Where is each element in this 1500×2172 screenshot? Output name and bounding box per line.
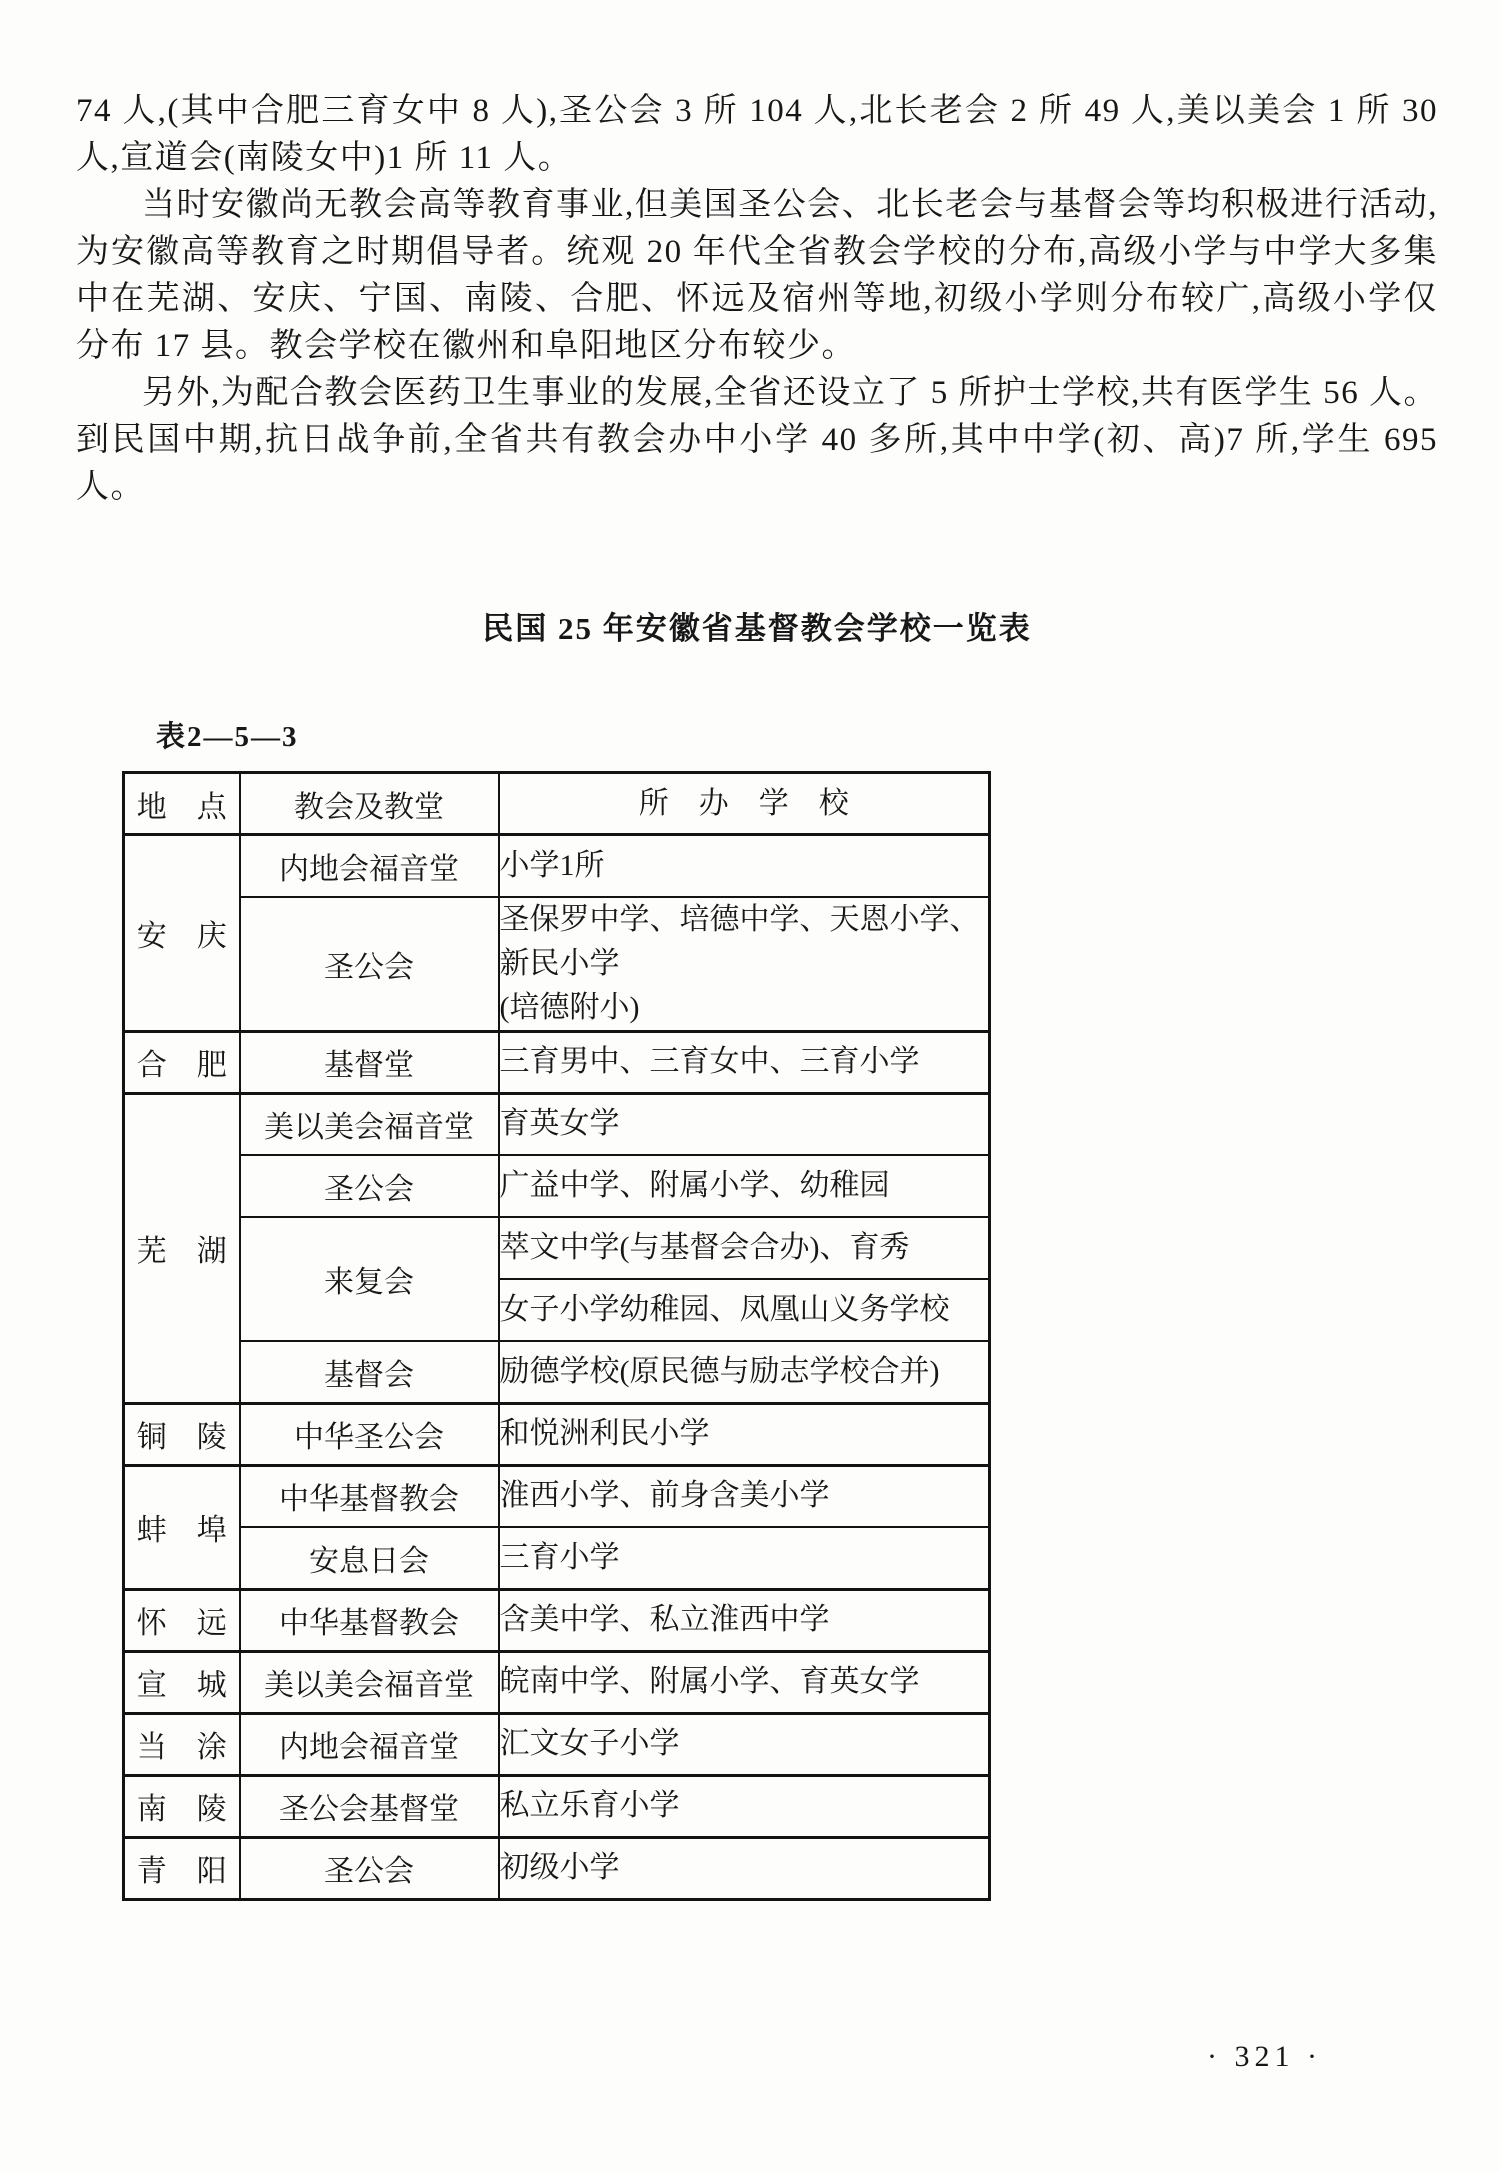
body-paragraph: 当时安徽尚无教会高等教育事业,但美国圣公会、北长老会与基督会等均积极进行活动,为… — [76, 182, 1438, 370]
school-line: (培德附小) — [500, 986, 989, 1030]
cell-church: 中华基督教会 — [240, 1589, 499, 1651]
header-church: 教会及教堂 — [240, 773, 499, 835]
document-page: 74 人,(其中合肥三育女中 8 人),圣公会 3 所 104 人,北长老会 2… — [0, 0, 1500, 2172]
cell-school: 励德学校(原民德与励志学校合并) — [499, 1341, 990, 1403]
table-row: 圣公会 圣保罗中学、培德中学、天恩小学、新民小学 (培德附小) — [124, 897, 990, 1032]
body-paragraph: 另外,为配合教会医药卫生事业的发展,全省还设立了 5 所护士学校,共有医学生 5… — [76, 370, 1438, 511]
table-row: 当 涂 内地会福音堂 汇文女子小学 — [124, 1713, 990, 1775]
table-row: 基督会 励德学校(原民德与励志学校合并) — [124, 1341, 990, 1403]
cell-school: 淮西小学、前身含美小学 — [499, 1465, 990, 1527]
cell-school: 汇文女子小学 — [499, 1713, 990, 1775]
table-row: 安 庆 内地会福音堂 小学1所 — [124, 835, 990, 897]
table-row: 芜 湖 美以美会福音堂 育英女学 — [124, 1093, 990, 1155]
table-row: 安息日会 三育小学 — [124, 1527, 990, 1589]
cell-church: 圣公会基督堂 — [240, 1775, 499, 1837]
cell-church: 安息日会 — [240, 1527, 499, 1589]
cell-church: 圣公会 — [240, 897, 499, 1032]
cell-school: 私立乐育小学 — [499, 1775, 990, 1837]
cell-church: 美以美会福音堂 — [240, 1093, 499, 1155]
table-row: 怀 远 中华基督教会 含美中学、私立淮西中学 — [124, 1589, 990, 1651]
body-paragraph: 74 人,(其中合肥三育女中 8 人),圣公会 3 所 104 人,北长老会 2… — [76, 88, 1438, 182]
table-row: 圣公会 广益中学、附属小学、幼稚园 — [124, 1155, 990, 1217]
cell-location: 南 陵 — [124, 1775, 240, 1837]
cell-location: 当 涂 — [124, 1713, 240, 1775]
cell-church: 内地会福音堂 — [240, 835, 499, 897]
cell-location: 青 阳 — [124, 1837, 240, 1899]
cell-school: 三育男中、三育女中、三育小学 — [499, 1031, 990, 1093]
cell-school: 皖南中学、附属小学、育英女学 — [499, 1651, 990, 1713]
table-row: 铜 陵 中华圣公会 和悦洲利民小学 — [124, 1403, 990, 1465]
cell-location: 合 肥 — [124, 1031, 240, 1093]
table-row: 合 肥 基督堂 三育男中、三育女中、三育小学 — [124, 1031, 990, 1093]
cell-location: 芜 湖 — [124, 1093, 240, 1403]
cell-church: 圣公会 — [240, 1837, 499, 1899]
cell-location: 蚌 埠 — [124, 1465, 240, 1589]
school-line: 圣保罗中学、培德中学、天恩小学、新民小学 — [500, 898, 989, 986]
cell-church: 中华圣公会 — [240, 1403, 499, 1465]
table-row: 南 陵 圣公会基督堂 私立乐育小学 — [124, 1775, 990, 1837]
table-row: 宣 城 美以美会福音堂 皖南中学、附属小学、育英女学 — [124, 1651, 990, 1713]
table-row: 青 阳 圣公会 初级小学 — [124, 1837, 990, 1899]
cell-school: 和悦洲利民小学 — [499, 1403, 990, 1465]
cell-church: 内地会福音堂 — [240, 1713, 499, 1775]
cell-location: 安 庆 — [124, 835, 240, 1032]
table-title: 民国 25 年安徽省基督教会学校一览表 — [76, 603, 1438, 648]
cell-school: 萃文中学(与基督会合办)、育秀 — [499, 1217, 990, 1279]
cell-location: 宣 城 — [124, 1651, 240, 1713]
cell-school: 育英女学 — [499, 1093, 990, 1155]
cell-church: 美以美会福音堂 — [240, 1651, 499, 1713]
cell-location: 怀 远 — [124, 1589, 240, 1651]
table-row: 来复会 萃文中学(与基督会合办)、育秀 — [124, 1217, 990, 1279]
cell-church: 中华基督教会 — [240, 1465, 499, 1527]
cell-church: 基督会 — [240, 1341, 499, 1403]
table-label: 表2—5—3 — [156, 714, 1438, 755]
cell-school: 圣保罗中学、培德中学、天恩小学、新民小学 (培德附小) — [499, 897, 990, 1032]
cell-church: 基督堂 — [240, 1031, 499, 1093]
cell-school: 女子小学幼稚园、凤凰山义务学校 — [499, 1279, 990, 1341]
church-schools-table: 地 点 教会及教堂 所 办 学 校 安 庆 内地会福音堂 小学1所 圣公会 圣保… — [122, 771, 991, 1901]
cell-school: 初级小学 — [499, 1837, 990, 1899]
cell-school: 含美中学、私立淮西中学 — [499, 1589, 990, 1651]
header-location: 地 点 — [124, 773, 240, 835]
cell-school: 广益中学、附属小学、幼稚园 — [499, 1155, 990, 1217]
cell-school: 小学1所 — [499, 835, 990, 897]
page-number: · 321 · — [1207, 2040, 1322, 2074]
cell-school: 三育小学 — [499, 1527, 990, 1589]
cell-church: 圣公会 — [240, 1155, 499, 1217]
table-row: 蚌 埠 中华基督教会 淮西小学、前身含美小学 — [124, 1465, 990, 1527]
header-school: 所 办 学 校 — [499, 773, 990, 835]
cell-church: 来复会 — [240, 1217, 499, 1341]
table-header-row: 地 点 教会及教堂 所 办 学 校 — [124, 773, 990, 835]
cell-location: 铜 陵 — [124, 1403, 240, 1465]
